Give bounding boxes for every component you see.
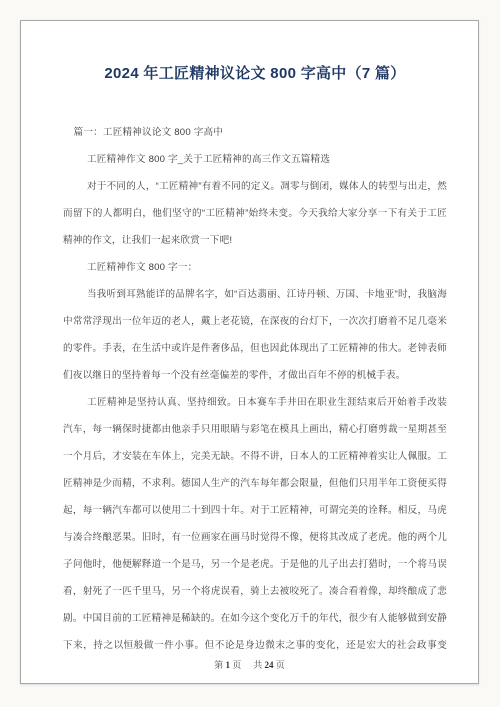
footer-total-prefix: 共 [253, 660, 264, 670]
paragraph: 当我听到耳熟能详的品牌名字，如“百达翡丽、江诗丹顿、万国、卡地亚”时，我脑海中常… [63, 281, 447, 389]
document-viewer: 2024 年工匠精神议论文 800 字高中（7 篇） 篇一：工匠精神议论文 80… [0, 0, 500, 707]
paragraph: 工匠精神是坚持认真、坚持细致。日本赛车手井田在职业生涯结束后开始着手改装汽车，每… [63, 389, 447, 663]
document-content: 2024 年工匠精神议论文 800 字高中（7 篇） 篇一：工匠精神议论文 80… [63, 65, 447, 663]
document-page: 2024 年工匠精神议论文 800 字高中（7 篇） 篇一：工匠精神议论文 80… [20, 20, 479, 684]
document-body: 篇一：工匠精神议论文 800 字高中工匠精神作文 800 字_关于工匠精神的高三… [63, 119, 447, 663]
footer-total-suffix: 页 [274, 660, 285, 670]
paragraph: 篇一：工匠精神议论文 800 字高中 [63, 119, 447, 146]
page-footer: 第 1 页共 24 页 [21, 660, 478, 671]
paragraph: 工匠精神作文 800 字一： [63, 254, 447, 281]
paragraph: 对于不同的人，“工匠精神”有着不同的定义。凋零与倒闭，媒体人的转型与出走，然而留… [63, 173, 447, 254]
footer-page-prefix: 第 [214, 660, 225, 670]
paragraph: 工匠精神作文 800 字_关于工匠精神的高三作文五篇精选 [63, 146, 447, 173]
footer-page-suffix: 页 [230, 660, 241, 670]
document-title: 2024 年工匠精神议论文 800 字高中（7 篇） [63, 65, 447, 82]
footer-total-pages: 24 [265, 660, 274, 670]
